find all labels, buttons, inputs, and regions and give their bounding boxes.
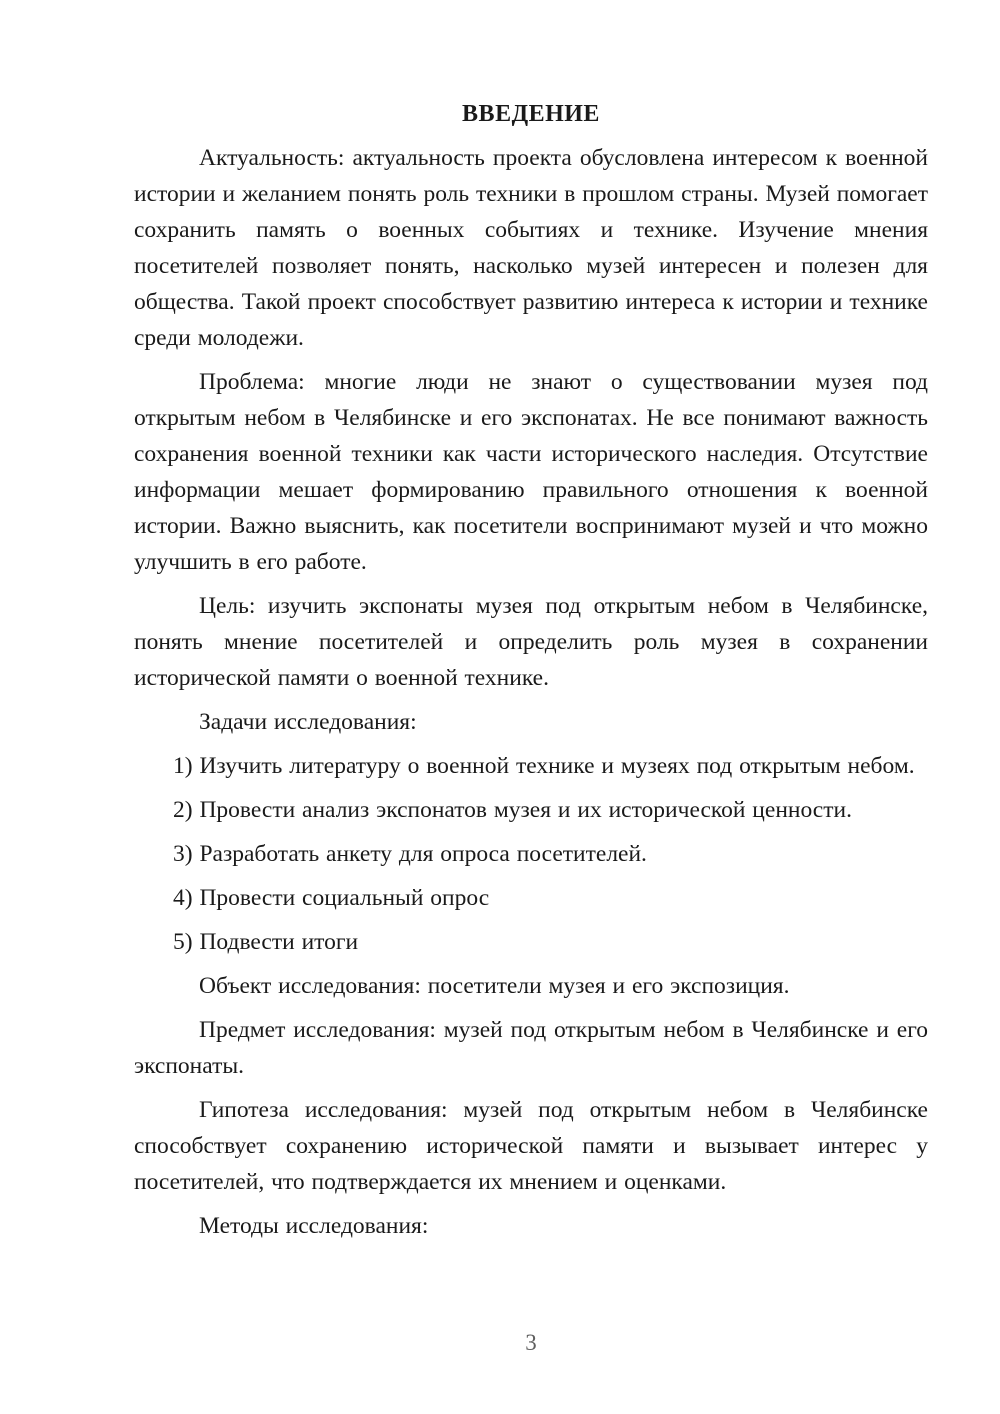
- task-item-2: 2) Провести анализ экспонатов музея и их…: [134, 792, 928, 828]
- task-item-3: 3) Разработать анкету для опроса посетит…: [134, 836, 928, 872]
- task-item-1: 1) Изучить литературу о военной технике …: [134, 748, 928, 784]
- page-title: ВВЕДЕНИЕ: [134, 96, 928, 132]
- paragraph-problem: Проблема: многие люди не знают о существ…: [134, 364, 928, 580]
- document-page: ВВЕДЕНИЕ Актуальность: актуальность прое…: [0, 0, 1000, 1414]
- paragraph-goal: Цель: изучить экспонаты музея под открыт…: [134, 588, 928, 696]
- paragraph-object: Объект исследования: посетители музея и …: [134, 968, 928, 1004]
- task-item-4: 4) Провести социальный опрос: [134, 880, 928, 916]
- page-number: 3: [134, 1325, 928, 1361]
- document-content: ВВЕДЕНИЕ Актуальность: актуальность прое…: [134, 96, 928, 1252]
- methods-heading: Методы исследования:: [134, 1208, 928, 1244]
- paragraph-relevance: Актуальность: актуальность проекта обусл…: [134, 140, 928, 356]
- paragraph-subject: Предмет исследования: музей под открытым…: [134, 1012, 928, 1084]
- task-item-5: 5) Подвести итоги: [134, 924, 928, 960]
- tasks-heading: Задачи исследования:: [134, 704, 928, 740]
- paragraph-hypothesis: Гипотеза исследования: музей под открыты…: [134, 1092, 928, 1200]
